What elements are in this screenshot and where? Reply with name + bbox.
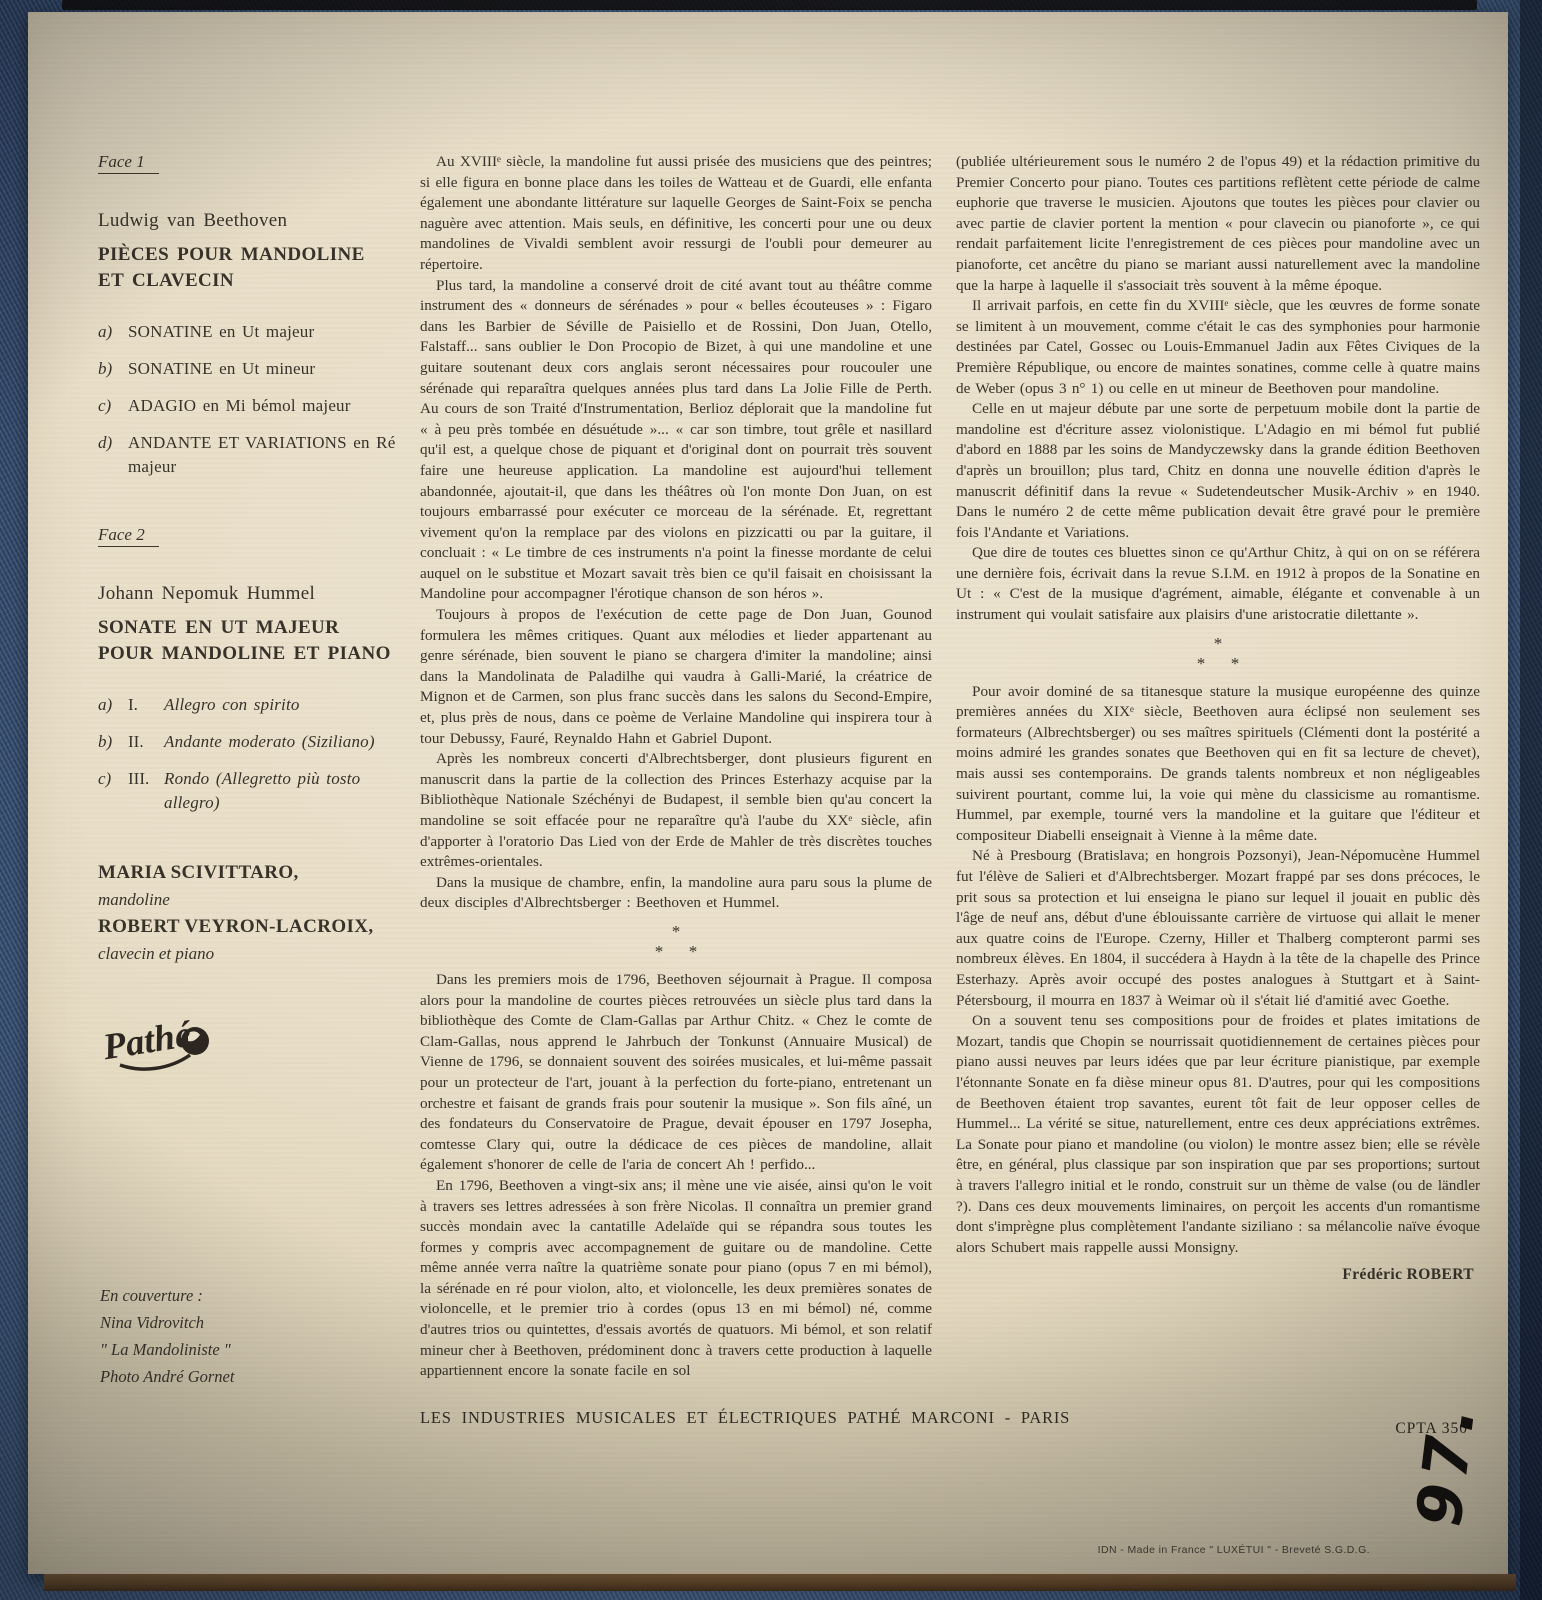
table-edge-shadow [44,1574,1516,1591]
liner-paragraph: Dans la musique de chambre, enfin, la ma… [420,873,932,914]
liner-paragraph: Toujours à propos de l'exécution de cett… [420,605,932,749]
cover-credit-line: Nina Vidrovitch [100,1309,234,1336]
track-title: Andante moderato (Siziliano) [164,730,375,754]
liner-notes-column-2: (publiée ultérieurement sous le numéro 2… [956,152,1480,1382]
pathe-logo-graphic: Pathé [98,1007,228,1087]
record-sleeve-back: Face 1 Ludwig van Beethoven PIÈCES POUR … [28,12,1508,1574]
movement-number: II. [128,730,164,754]
track-index: c) [98,394,128,418]
content-columns: Face 1 Ludwig van Beethoven PIÈCES POUR … [28,12,1508,1382]
asterisk-icon: * [420,922,932,942]
track-title: SONATINE en Ut mineur [128,357,315,381]
publisher-line: LES INDUSTRIES MUSICALES ET ÉLECTRIQUES … [420,1408,1070,1428]
track-title: ANDANTE ET VARIATIONS en Ré majeur [128,431,398,479]
face1-tracklist: a) SONATINE en Ut majeur b) SONATINE en … [98,320,398,479]
liner-paragraph: Après les nombreux concerti d'Albrechtsb… [420,749,932,873]
track-index: a) [98,693,128,717]
face1-section: Face 1 Ludwig van Beethoven PIÈCES POUR … [98,152,398,479]
performer-instrument: mandoline [98,886,398,913]
liner-paragraph: Né à Presbourg (Bratislava; en hongrois … [956,846,1480,1011]
liner-paragraph: Que dire de toutes ces bluettes sinon ce… [956,543,1480,625]
right-edge-shade [1520,0,1542,1600]
track-index: c) [98,767,128,815]
asterisk-separator: * * * [956,634,1480,674]
liner-paragraph: Il arrivait parfois, en cette fin du XVI… [956,296,1480,399]
performer-name: ROBERT VEYRON-LACROIX, [98,913,398,940]
track-row: b) SONATINE en Ut mineur [98,357,398,381]
cover-credit-line: " La Mandoliniste " [100,1336,234,1363]
fine-print: IDN - Made in France " LUXÉTUI " - Breve… [1098,1544,1370,1556]
handwritten-mark: 97. [1403,1398,1489,1536]
photo-background-denim: Face 1 Ludwig van Beethoven PIÈCES POUR … [0,0,1542,1600]
liner-paragraph: (publiée ultérieurement sous le numéro 2… [956,152,1480,296]
liner-paragraph: Celle en ut majeur débute par une sorte … [956,399,1480,543]
face1-composer: Ludwig van Beethoven [98,210,398,232]
track-row: a) SONATINE en Ut majeur [98,320,398,344]
sleeve-top-shadow [62,0,1477,10]
pathe-logo: Pathé [98,1007,228,1087]
face1-work-title: PIÈCES POUR MANDOLINE ET CLAVECIN [98,242,398,294]
face2-label: Face 2 [98,525,159,547]
face2-tracklist: a) I. Allegro con spirito b) II. Andante… [98,693,398,815]
asterisk-icon: * [956,634,1480,654]
track-row: c) ADAGIO en Mi bémol majeur [98,394,398,418]
asterisk-icon: * * [420,942,932,962]
track-index: b) [98,357,128,381]
asterisk-separator: * * * [420,922,932,962]
track-title: Allegro con spirito [164,693,300,717]
cover-credit-line: Photo André Gornet [100,1363,234,1390]
face2-section: Face 2 Johann Nepomuk Hummel SONATE EN U… [98,525,398,815]
movement-number: I. [128,693,164,717]
liner-notes-column-1: Au XVIIIᵉ siècle, la mandoline fut aussi… [420,152,932,1382]
track-index: d) [98,431,128,479]
track-index: a) [98,320,128,344]
track-title: ADAGIO en Mi bémol majeur [128,394,351,418]
track-row: a) I. Allegro con spirito [98,693,398,717]
performers-section: MARIA SCIVITTARO, mandoline ROBERT VEYRO… [98,859,398,967]
cover-credit-line: En couverture : [100,1282,234,1309]
track-row: c) III. Rondo (Allegretto più tosto alle… [98,767,398,815]
performer-name: MARIA SCIVITTARO, [98,859,398,886]
liner-paragraph: Au XVIIIᵉ siècle, la mandoline fut aussi… [420,152,932,276]
liner-paragraph: On a souvent tenu ses compositions pour … [956,1011,1480,1258]
asterisk-icon: * * [956,654,1480,674]
face2-composer: Johann Nepomuk Hummel [98,583,398,605]
performer-instrument: clavecin et piano [98,940,398,967]
liner-paragraph: En 1796, Beethoven a vingt-six ans; il m… [420,1176,932,1382]
movement-number: III. [128,767,164,815]
liner-paragraph: Plus tard, la mandoline a conservé droit… [420,276,932,606]
track-index: b) [98,730,128,754]
tracklist-column: Face 1 Ludwig van Beethoven PIÈCES POUR … [98,152,398,1382]
liner-paragraph: Dans les premiers mois de 1796, Beethove… [420,970,932,1176]
face1-label: Face 1 [98,152,159,174]
author-signature: Frédéric ROBERT [956,1266,1480,1284]
liner-paragraph: Pour avoir dominé de sa titanesque statu… [956,682,1480,847]
track-title: SONATINE en Ut majeur [128,320,314,344]
cover-credit: En couverture : Nina Vidrovitch " La Man… [100,1282,234,1390]
track-row: d) ANDANTE ET VARIATIONS en Ré majeur [98,431,398,479]
track-row: b) II. Andante moderato (Siziliano) [98,730,398,754]
face2-work-title: SONATE EN UT MAJEUR POUR MANDOLINE ET PI… [98,615,398,667]
track-title: Rondo (Allegretto più tosto allegro) [164,767,398,815]
